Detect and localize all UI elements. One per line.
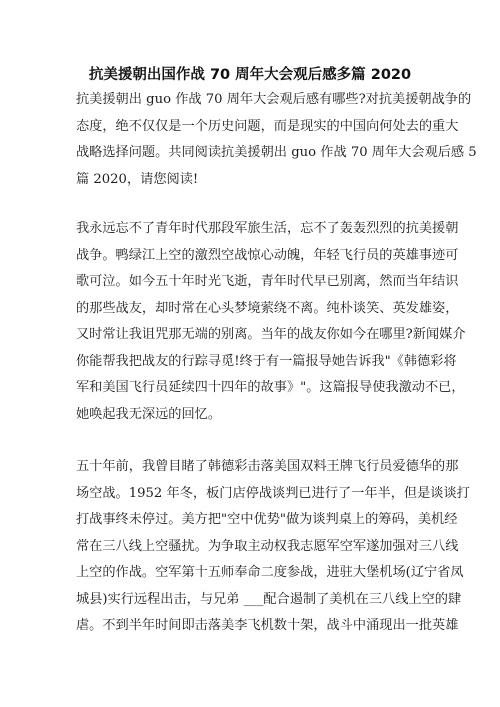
text-line: 军和美国飞行员延续四十四年的故事》"。这篇报导使我激动不已， xyxy=(76,375,424,402)
paragraph-memory: 我永远忘不了青年时代那段军旅生活，忘不了轰轰烈烈的抗美援朝 战争。鸭绿江上空的激… xyxy=(76,216,424,428)
text-line: 篇 2020，请您阅读! xyxy=(76,167,424,194)
text-line: 战略选择问题。共同阅读抗美援朝出 guo 作战 70 周年大会观后感 5 xyxy=(76,140,424,167)
paragraph-intro: 抗美援朝出 guo 作战 70 周年大会观后感有哪些?对抗美援朝战争的 态度，绝… xyxy=(76,87,424,193)
text-line: 打战事终未停过。美方把"空中优势"做为谈判桌上的筹码，美机经 xyxy=(76,507,424,534)
document-title: 抗美援朝出国作战 70 周年大会观后感多篇 2020 xyxy=(0,66,500,84)
text-line: 场空战。1952 年冬，板门店停战谈判已进行了一年半，但是谈谈打 xyxy=(76,481,424,508)
text-line: 城县)实行远程出击，与兄弟 ___配合遏制了美机在三八线上空的肆 xyxy=(76,587,424,614)
text-line: 她唤起我无深远的回忆。 xyxy=(76,402,424,429)
document-page: 抗美援朝出国作战 70 周年大会观后感多篇 2020 抗美援朝出 guo 作战 … xyxy=(0,0,500,707)
text-line: 态度，绝不仅仅是一个历史问题，而是现实的中国向何处去的重大 xyxy=(76,114,424,141)
paragraph-air-battle: 五十年前，我曾目睹了韩德彩击落美国双料王牌飞行员爱德华的那 场空战。1952 年… xyxy=(76,454,424,640)
text-line: 常在三八线上空骚扰。为争取主动权我志愿军空军遂加强对三八线 xyxy=(76,534,424,561)
text-line: 你能帮我把战友的行踪寻觅!终于有一篇报导她告诉我"《韩德彩将 xyxy=(76,349,424,376)
text-line: 歌可泣。如今五十年时光飞逝，青年时代早已别离，然而当年结识 xyxy=(76,269,424,296)
text-line: 我永远忘不了青年时代那段军旅生活，忘不了轰轰烈烈的抗美援朝 xyxy=(76,216,424,243)
text-line: 五十年前，我曾目睹了韩德彩击落美国双料王牌飞行员爱德华的那 xyxy=(76,454,424,481)
text-line: 虐。不到半年时间即击落美李飞机数十架，战斗中涌现出一批英雄 xyxy=(76,613,424,640)
text-line: 抗美援朝出 guo 作战 70 周年大会观后感有哪些?对抗美援朝战争的 xyxy=(76,87,424,114)
text-line: 的那些战友，却时常在心头梦境萦绕不离。纯朴谈笑、英发雄姿， xyxy=(76,296,424,323)
text-line: 又时常让我诅咒那无端的别离。当年的战友你如今在哪里?新闻媒介 xyxy=(76,322,424,349)
text-line: 战争。鸭绿江上空的激烈空战惊心动魄，年轻飞行员的英雄事迹可 xyxy=(76,243,424,270)
text-line: 上空的作战。空军第十五师奉命二度参战，进驻大堡机场(辽宁省凤 xyxy=(76,560,424,587)
